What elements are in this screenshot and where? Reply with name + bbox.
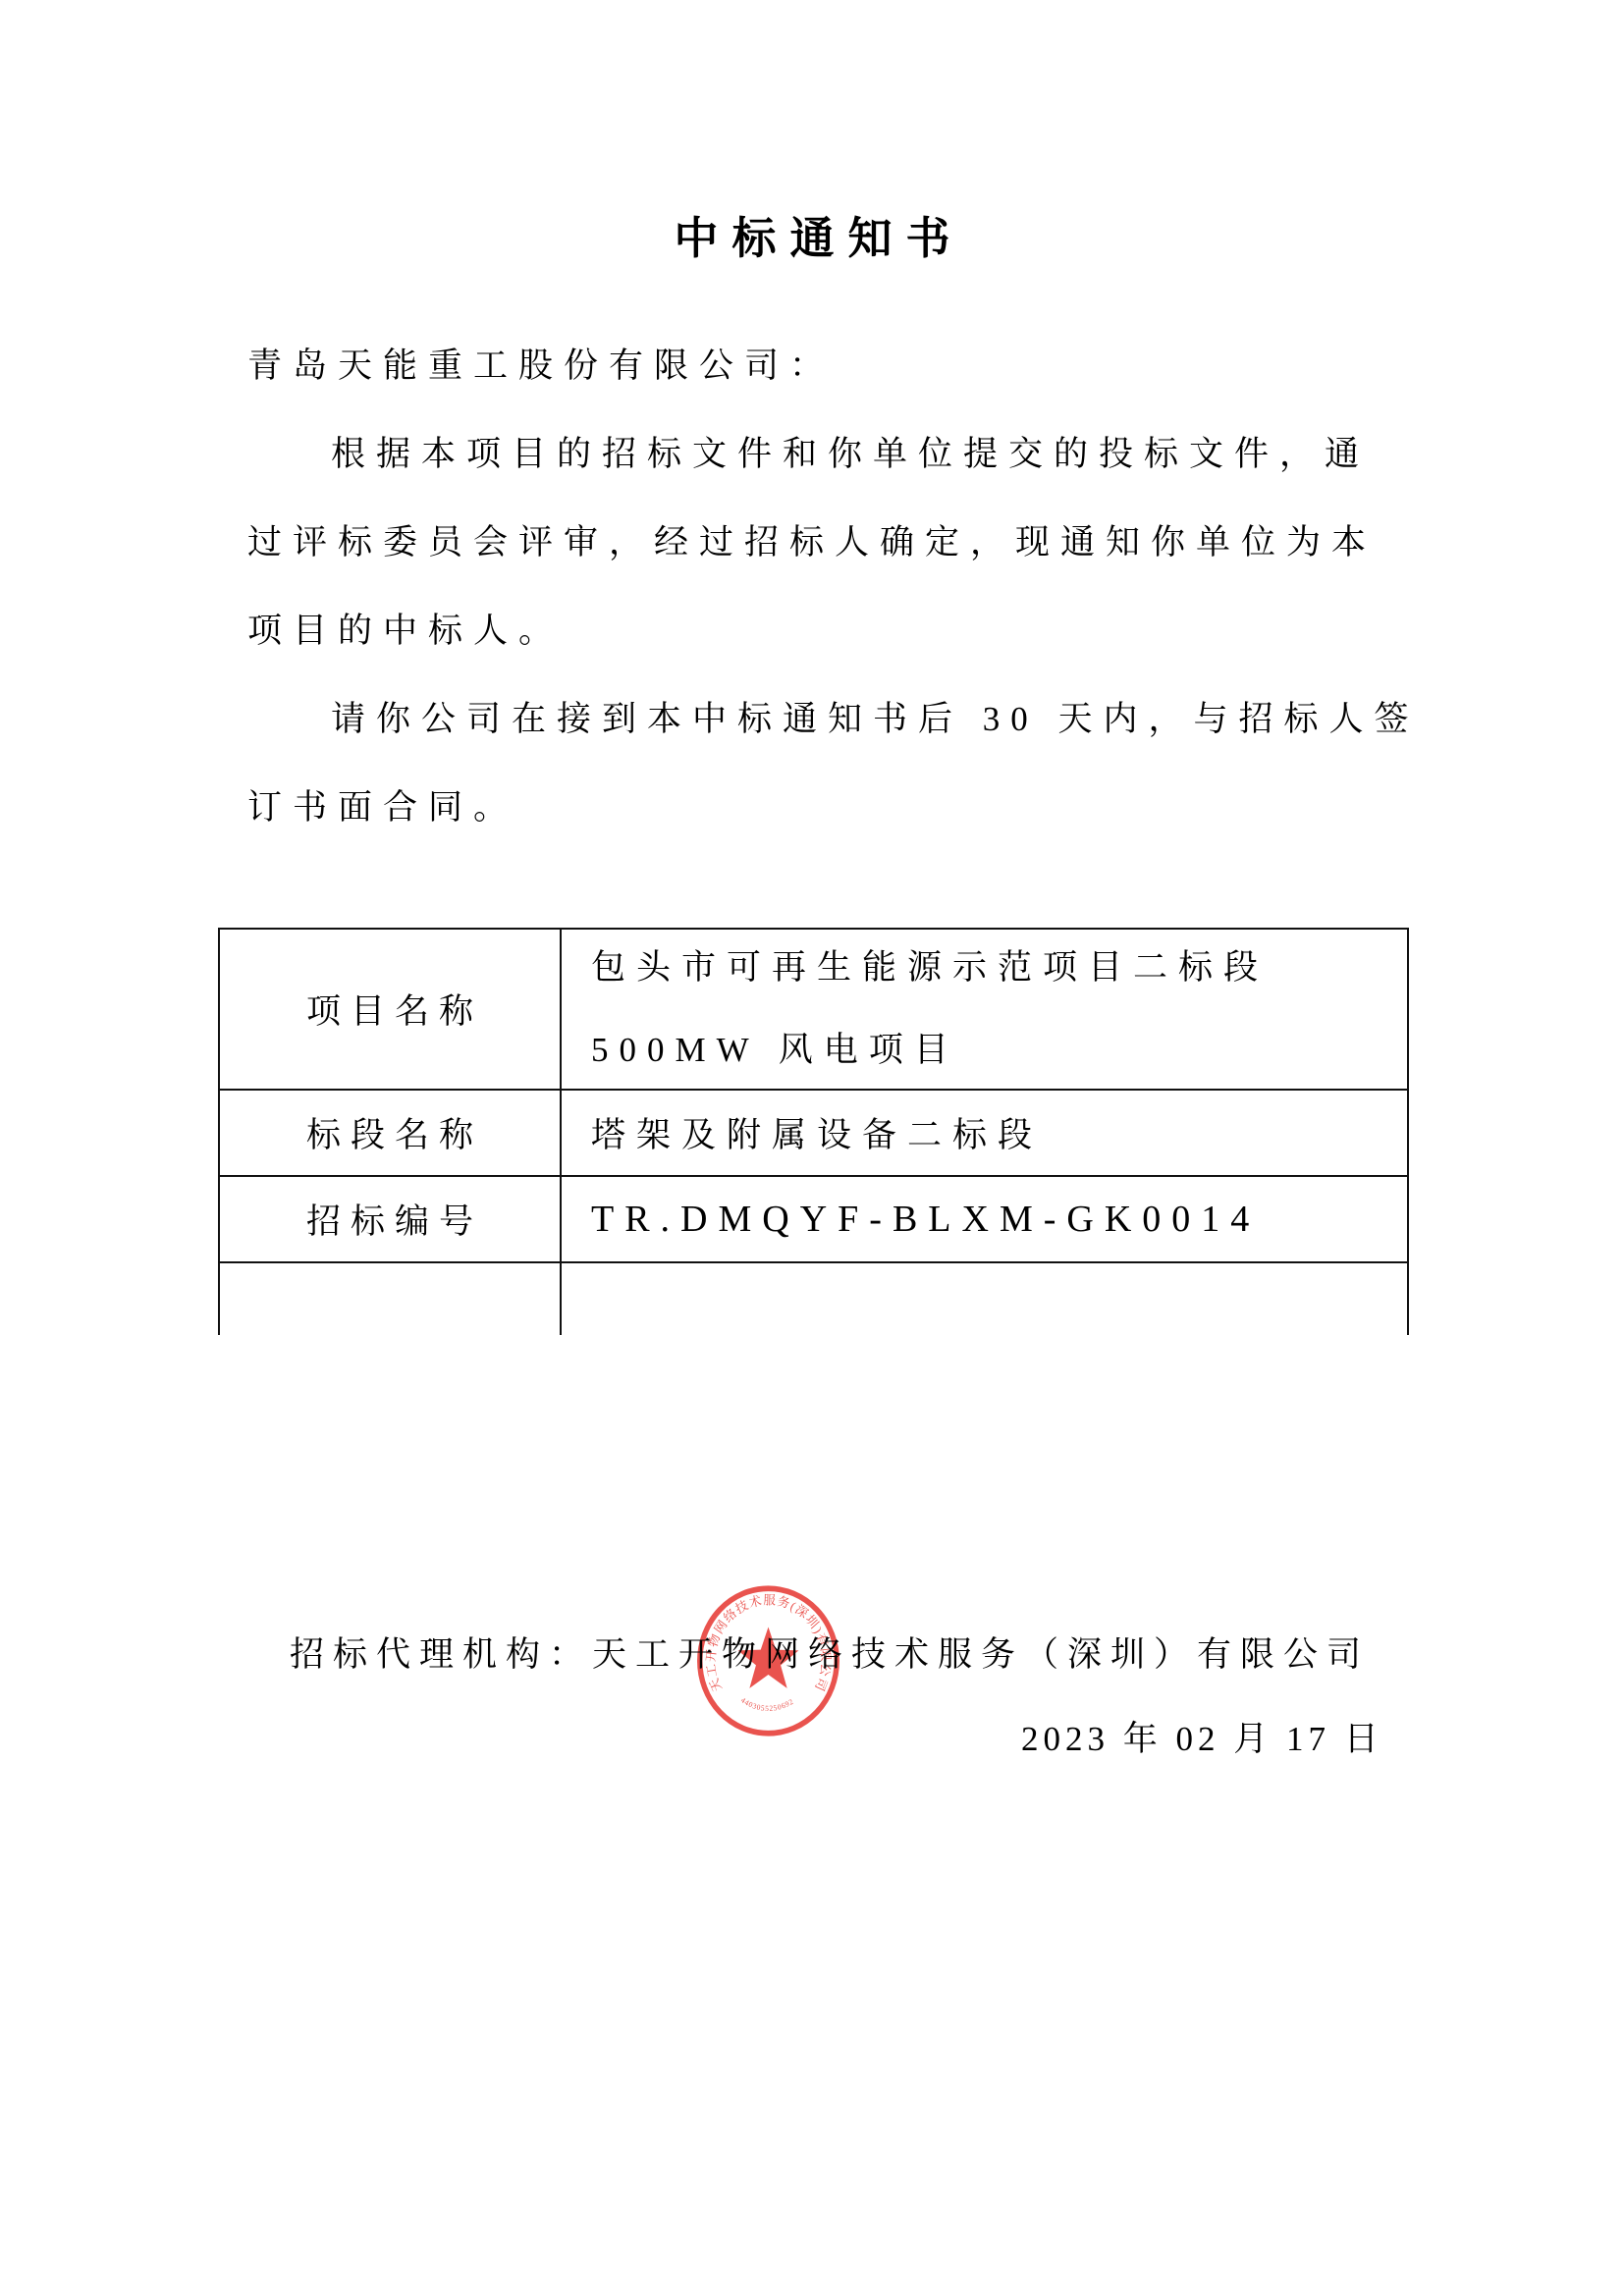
section-name-value: 塔架及附属设备二标段 [562,1091,1407,1177]
project-name-value: 包头市可再生能源示范项目二标段 500MW 风电项目 [562,930,1407,1091]
page-title: 中标通知书 [0,209,1624,268]
seal-serial-holder: 4403055250692 [739,1695,794,1713]
project-name-line2: 500MW 风电项目 [591,1009,959,1092]
body-line: 订书面合同。 [247,764,1426,852]
section-name-label: 标段名称 [220,1091,562,1177]
addressee-line: 青岛天能重工股份有限公司： [247,322,1426,410]
project-name-line1: 包头市可再生能源示范项目二标段 [591,927,1269,1009]
body-text: 青岛天能重工股份有限公司： 根据本项目的招标文件和你单位提交的投标文件，通 过评… [247,322,1426,852]
info-table: 项目名称 包头市可再生能源示范项目二标段 500MW 风电项目 标段名称 塔架及… [218,928,1409,1263]
project-name-label: 项目名称 [220,930,562,1091]
body-line: 项目的中标人。 [247,587,1426,675]
body-line: 根据本项目的招标文件和你单位提交的投标文件，通 [247,410,1426,499]
table-stub-row [218,1263,1409,1335]
agency-line: 招标代理机构：天工开物网络技术服务（深圳）有限公司 [290,1626,1370,1684]
seal-serial-number: 4403055250692 [739,1695,794,1713]
tender-number-value: TR.DMQYF-BLXM-GK0014 [562,1177,1407,1261]
document-page: 中标通知书 青岛天能重工股份有限公司： 根据本项目的招标文件和你单位提交的投标文… [0,0,1624,2296]
table-stub-divider [560,1263,562,1335]
body-line: 过评标委员会评审，经过招标人确定，现通知你单位为本 [247,499,1426,587]
body-line: 请你公司在接到本中标通知书后 30 天内，与招标人签 [247,675,1426,764]
date-line: 2023 年 02 月 17 日 [1021,1710,1383,1769]
tender-number-label: 招标编号 [220,1177,562,1261]
